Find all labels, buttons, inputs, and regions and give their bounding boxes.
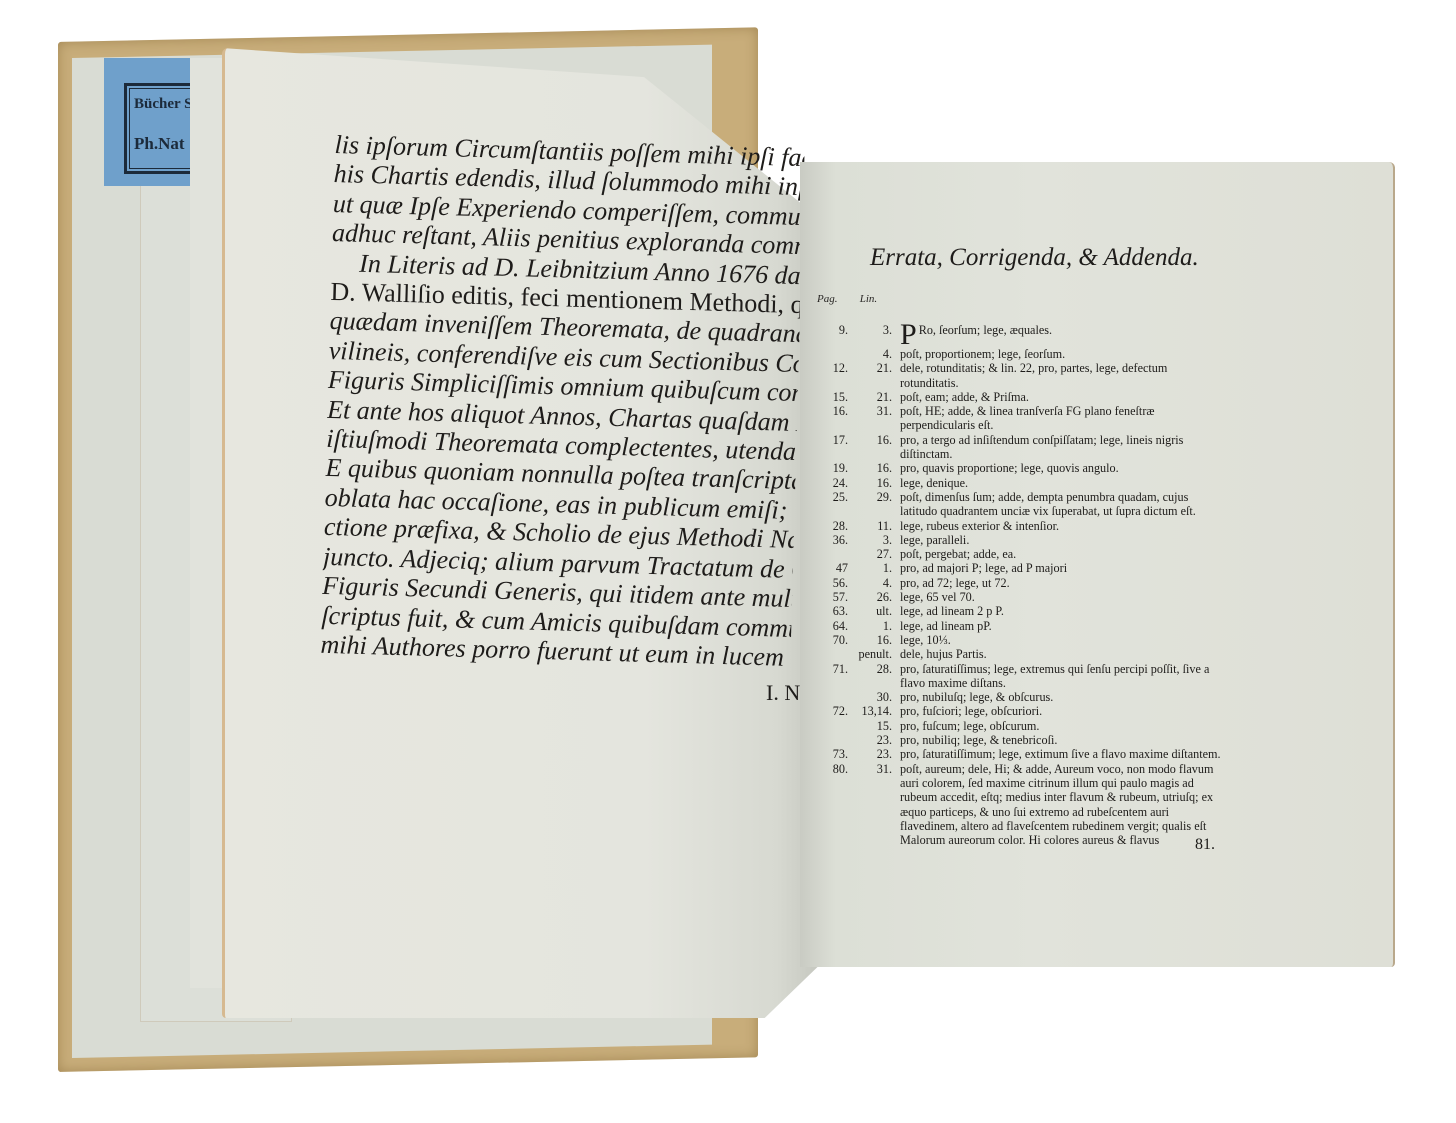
errata-page: 36. (808, 533, 858, 547)
errata-line: 1. (858, 561, 900, 575)
errata-page (808, 733, 858, 747)
errata-line: 31. (858, 404, 900, 433)
errata-row: 25.29.poſt, dimenſus ſum; adde, dempta p… (808, 490, 1228, 519)
errata-line: 4. (858, 347, 900, 361)
errata-row: 17.16.pro, a tergo ad inſiſtendum conſpi… (808, 433, 1228, 462)
errata-page: 9. (808, 323, 858, 347)
errata-line: 26. (858, 590, 900, 604)
column-header-pag: Pag. (817, 293, 857, 305)
errata-line: 16. (858, 633, 900, 647)
errata-correction: lege, ad lineam pP. (900, 619, 1228, 633)
errata-correction: lege, denique. (900, 476, 1228, 490)
errata-row: 70.16.lege, 10⅓. (808, 633, 1228, 647)
errata-correction: pro, ad majori P; lege, ad P majori (900, 561, 1228, 575)
errata-page: 56. (808, 576, 858, 590)
catchword: I. N (766, 680, 800, 706)
errata-row: 12.21.dele, rotunditatis; & lin. 22, pro… (808, 361, 1228, 390)
errata-row: 80.31.poſt, aureum; dele, Hi; & adde, Au… (808, 762, 1228, 848)
errata-correction: poſt, aureum; dele, Hi; & adde, Aureum v… (900, 762, 1228, 848)
errata-page: 72. (808, 704, 858, 718)
left-page-text: lis ipſorum Circumſtantiis poſſem mihi i… (320, 130, 805, 672)
errata-page (808, 647, 858, 661)
errata-line: 1. (858, 619, 900, 633)
errata-page: 16. (808, 404, 858, 433)
errata-correction: lege, 65 vel 70. (900, 590, 1228, 604)
errata-correction: poſt, dimenſus ſum; adde, dempta penumbr… (900, 490, 1228, 519)
errata-page (808, 347, 858, 361)
errata-correction: pro, nubiliq; lege, & tenebricoſi. (900, 733, 1228, 747)
errata-row: 24.16.lege, denique. (808, 476, 1228, 490)
errata-page: 70. (808, 633, 858, 647)
errata-row: penult.dele, hujus Partis. (808, 647, 1228, 661)
errata-line: 16. (858, 476, 900, 490)
errata-line: ult. (858, 604, 900, 618)
errata-page (808, 719, 858, 733)
errata-line: 3. (858, 533, 900, 547)
errata-page: 63. (808, 604, 858, 618)
errata-correction: pro, ſaturatiſſimum; lege, extimum ſive … (900, 747, 1228, 761)
errata-line: 16. (858, 461, 900, 475)
errata-correction: poſt, pergebat; adde, ea. (900, 547, 1228, 561)
errata-line: 23. (858, 733, 900, 747)
errata-list: 9.3.PRo, ſeorſum; lege, æquales.4.poſt, … (808, 323, 1228, 847)
errata-row: 4.poſt, proportionem; lege, ſeorſum. (808, 347, 1228, 361)
errata-row: 63.ult.lege, ad lineam 2 p P. (808, 604, 1228, 618)
errata-page: 15. (808, 390, 858, 404)
errata-row: 16.31.poſt, HE; adde, & linea tranſverſa… (808, 404, 1228, 433)
errata-correction: pro, nubiluſq; lege, & obſcurus. (900, 690, 1228, 704)
errata-page: 19. (808, 461, 858, 475)
errata-correction: poſt, proportionem; lege, ſeorſum. (900, 347, 1228, 361)
errata-line: 16. (858, 433, 900, 462)
errata-correction: poſt, eam; adde, & Priſma. (900, 390, 1228, 404)
errata-row: 36.3.lege, paralleli. (808, 533, 1228, 547)
errata-row: 71.28.pro, ſaturatiſſimus; lege, extremu… (808, 662, 1228, 691)
errata-correction: lege, ad lineam 2 p P. (900, 604, 1228, 618)
errata-page: 73. (808, 747, 858, 761)
errata-correction: pro, fuſcum; lege, obſcurum. (900, 719, 1228, 733)
errata-row: 471.pro, ad majori P; lege, ad P majori (808, 561, 1228, 575)
errata-correction: pro, a tergo ad inſiſtendum conſpiſſatam… (900, 433, 1228, 462)
errata-page: 28. (808, 519, 858, 533)
errata-correction: pro, ad 72; lege, ut 72. (900, 576, 1228, 590)
errata-row: 57.26.lege, 65 vel 70. (808, 590, 1228, 604)
errata-correction: lege, 10⅓. (900, 633, 1228, 647)
errata-page: 17. (808, 433, 858, 462)
errata-line: penult. (858, 647, 900, 661)
errata-page (808, 547, 858, 561)
errata-correction: pro, ſaturatiſſimus; lege, extremus qui … (900, 662, 1228, 691)
errata-page: 80. (808, 762, 858, 848)
errata-line: 15. (858, 719, 900, 733)
errata-correction: Ro, ſeorſum; lege, æquales. (919, 323, 1228, 347)
page-number: 81. (1195, 836, 1215, 854)
errata-title: Errata, Corrigenda, & Addenda. (870, 244, 1199, 272)
errata-line: 4. (858, 576, 900, 590)
errata-page: 64. (808, 619, 858, 633)
errata-line: 21. (858, 390, 900, 404)
errata-correction: lege, paralleli. (900, 533, 1228, 547)
errata-correction: dele, hujus Partis. (900, 647, 1228, 661)
errata-page: 25. (808, 490, 858, 519)
drop-cap: P (900, 323, 917, 347)
errata-page: 24. (808, 476, 858, 490)
errata-row: 9.3.PRo, ſeorſum; lege, æquales. (808, 323, 1228, 347)
errata-row: 15.pro, fuſcum; lege, obſcurum. (808, 719, 1228, 733)
errata-row: 19.16.pro, quavis proportione; lege, quo… (808, 461, 1228, 475)
errata-correction: dele, rotunditatis; & lin. 22, pro, part… (900, 361, 1228, 390)
errata-row: 72.13,14.pro, fuſciori; lege, obſcuriori… (808, 704, 1228, 718)
errata-column-headers: Pag. Lin. (817, 293, 877, 305)
errata-line: 3. (858, 323, 900, 347)
errata-page: 47 (808, 561, 858, 575)
errata-line: 31. (858, 762, 900, 848)
errata-page: 12. (808, 361, 858, 390)
errata-row: 28.11.lege, rubeus exterior & intenſior. (808, 519, 1228, 533)
errata-row: 64.1.lege, ad lineam pP. (808, 619, 1228, 633)
errata-line: 21. (858, 361, 900, 390)
errata-row: 56.4.pro, ad 72; lege, ut 72. (808, 576, 1228, 590)
errata-row: 30.pro, nubiluſq; lege, & obſcurus. (808, 690, 1228, 704)
errata-page: 71. (808, 662, 858, 691)
errata-page: 57. (808, 590, 858, 604)
errata-row: 15.21.poſt, eam; adde, & Priſma. (808, 390, 1228, 404)
errata-row: 23.pro, nubiliq; lege, & tenebricoſi. (808, 733, 1228, 747)
errata-line: 13,14. (858, 704, 900, 718)
errata-line: 27. (858, 547, 900, 561)
errata-line: 30. (858, 690, 900, 704)
column-header-lin: Lin. (860, 293, 877, 305)
errata-correction: poſt, HE; adde, & linea tranſverſa FG pl… (900, 404, 1228, 433)
errata-line: 29. (858, 490, 900, 519)
errata-line: 23. (858, 747, 900, 761)
errata-correction: pro, fuſciori; lege, obſcuriori. (900, 704, 1228, 718)
errata-correction: lege, rubeus exterior & intenſior. (900, 519, 1228, 533)
errata-correction: pro, quavis proportione; lege, quovis an… (900, 461, 1228, 475)
errata-page (808, 690, 858, 704)
errata-line: 11. (858, 519, 900, 533)
errata-row: 73.23.pro, ſaturatiſſimum; lege, extimum… (808, 747, 1228, 761)
errata-row: 27.poſt, pergebat; adde, ea. (808, 547, 1228, 561)
errata-line: 28. (858, 662, 900, 691)
